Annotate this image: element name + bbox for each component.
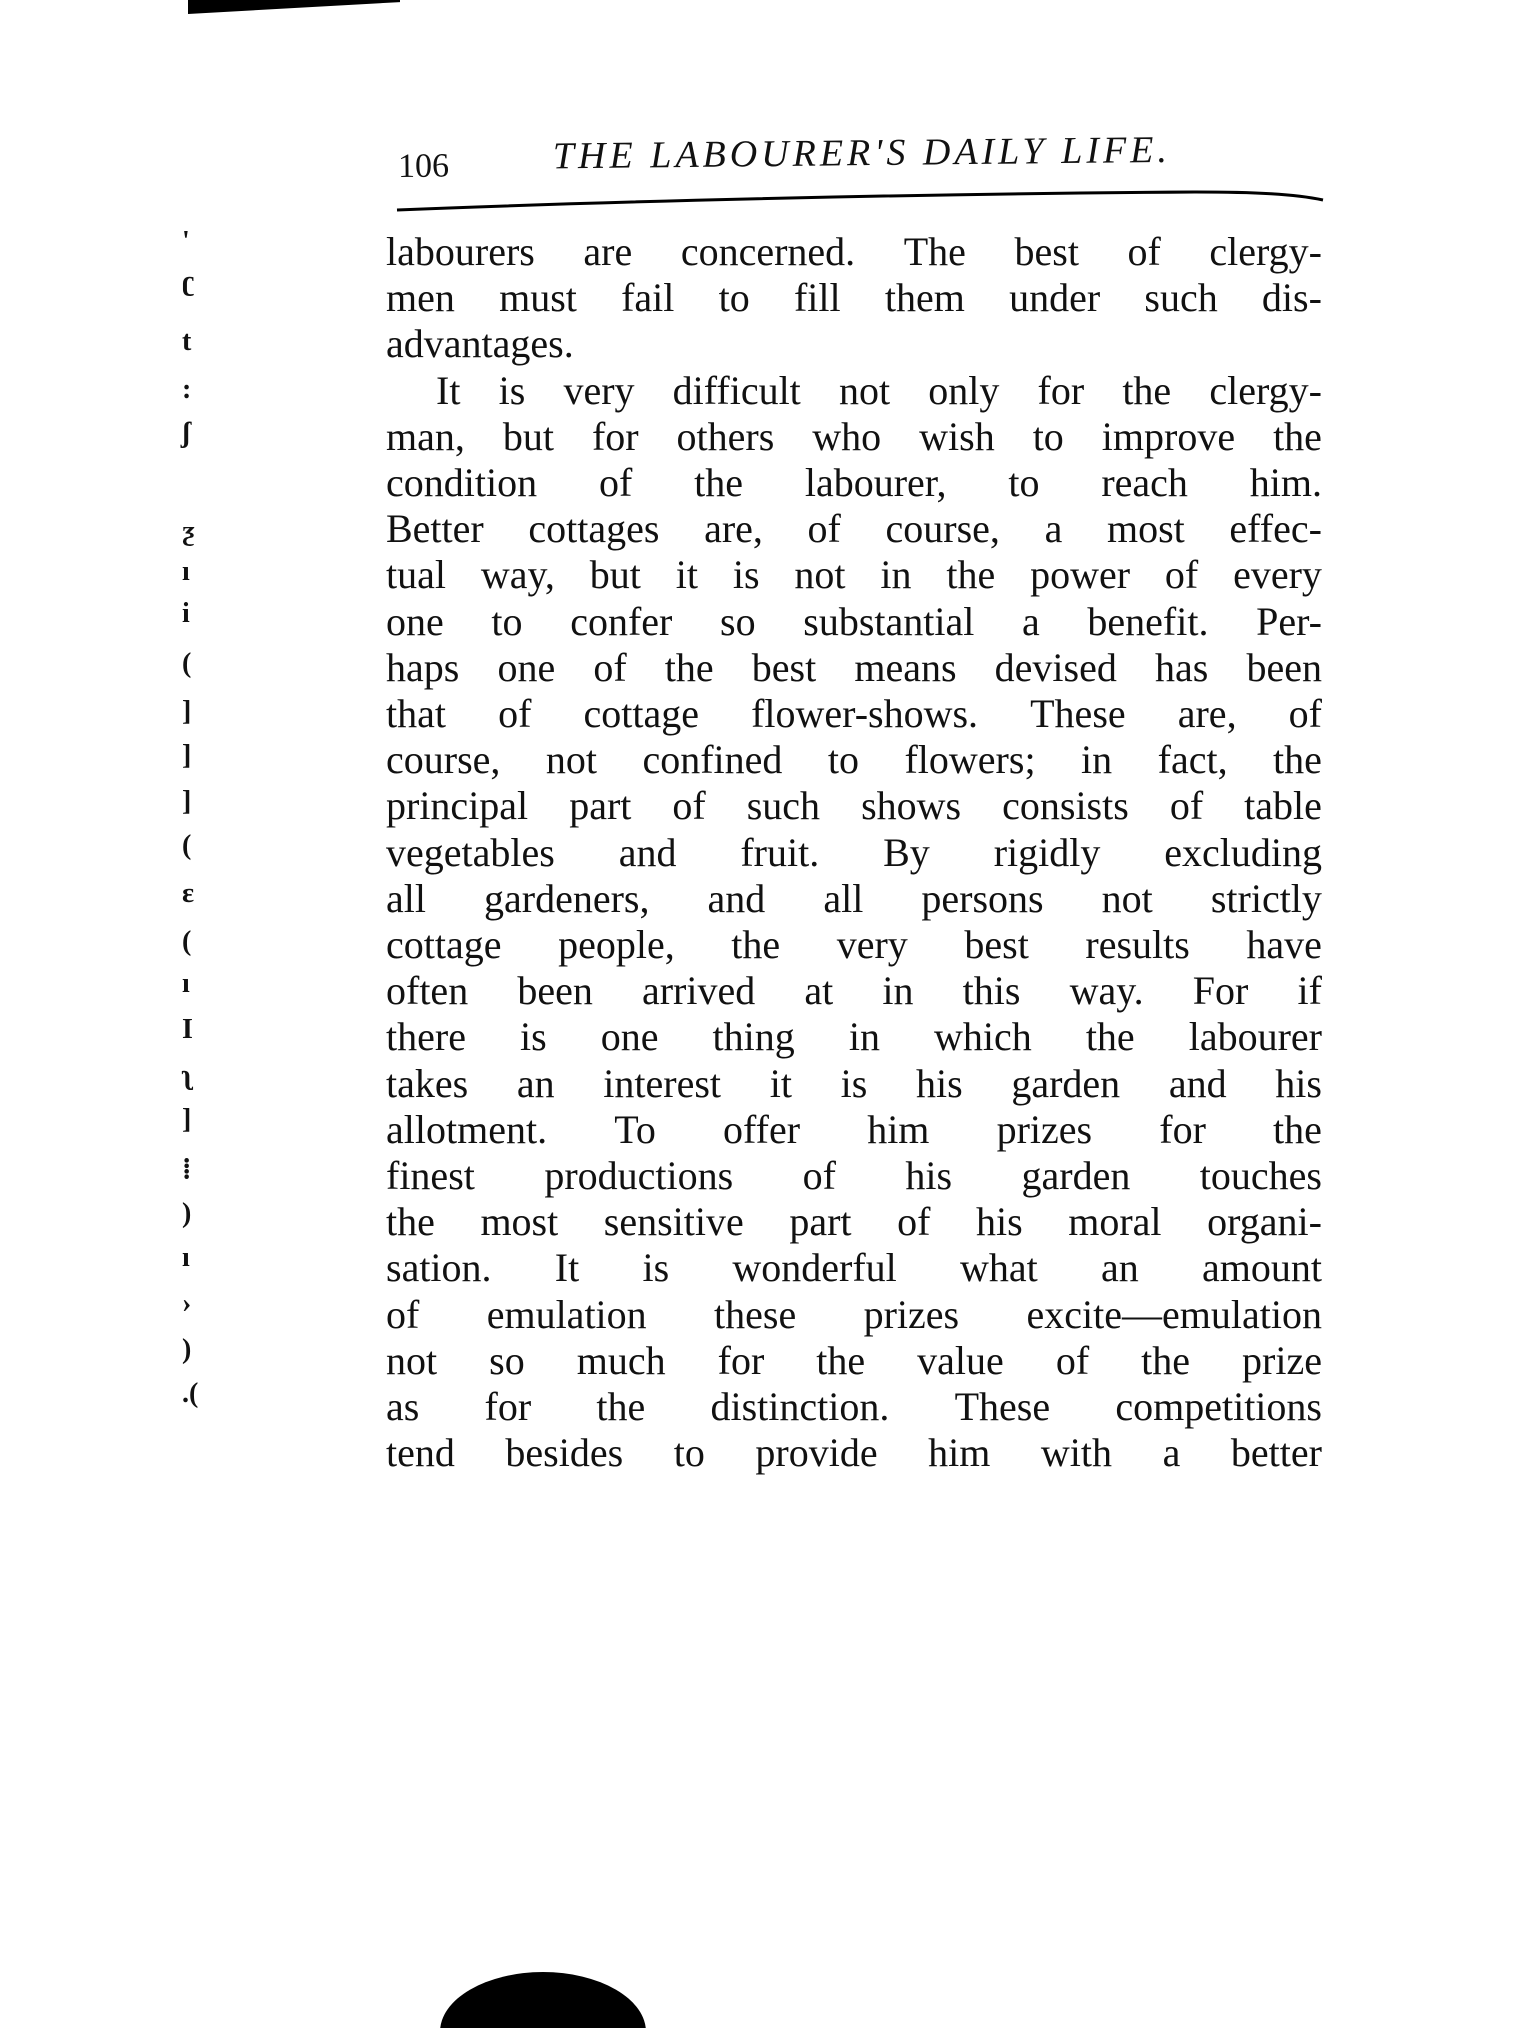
text-line: cottagepeople,theverybestresultshave [386, 921, 1322, 969]
scan-artifact-blob [440, 1972, 646, 2028]
text-line: themostsensitivepartofhismoralorgani- [386, 1198, 1322, 1246]
text-line: allotment.Toofferhimprizesforthe [386, 1106, 1322, 1154]
scan-edge-shadow [188, 0, 400, 14]
text-line: vegetablesandfruit.Byrigidlyexcluding [386, 829, 1322, 877]
margin-fragment: ƺ [182, 518, 195, 546]
margin-fragment: ( [182, 832, 191, 860]
text-line: notsomuchforthevalueoftheprize [386, 1337, 1322, 1385]
margin-fragment: ʗ [182, 268, 196, 296]
margin-fragment: ( [182, 928, 191, 956]
margin-fragment: ] [182, 742, 191, 770]
text-line: ofemulationtheseprizesexcite—emulation [386, 1291, 1322, 1339]
page-number: 106 [398, 147, 449, 186]
text-line: tualway,butitisnotinthepowerofevery [386, 551, 1322, 599]
text-line: asforthedistinction.Thesecompetitions [386, 1383, 1322, 1431]
margin-fragment: I [182, 1016, 193, 1044]
text-line: labourersareconcerned.Thebestofclergy- [386, 228, 1322, 276]
text-line: man,butforotherswhowishtoimprovethe [386, 413, 1322, 461]
text-line: thereisonethinginwhichthelabourer [386, 1013, 1322, 1061]
text-line: principalpartofsuchshowsconsistsoftable [386, 782, 1322, 830]
margin-fragment: ı [182, 1244, 190, 1272]
text-line: tendbesidestoprovidehimwithabetter [386, 1429, 1322, 1477]
text-line: thatofcottageflower-shows.Theseare,of [386, 690, 1322, 738]
text-line: advantages. [386, 320, 1322, 368]
margin-fragment: ' [182, 228, 190, 256]
running-title: THE LABOURER'S DAILY LIFE. [553, 128, 1171, 178]
margin-fragment: ı [182, 558, 190, 586]
margin-fragment: : [182, 376, 191, 404]
margin-fragment: ʃ [182, 420, 190, 448]
text-line: takesaninterestitishisgardenandhis [386, 1060, 1322, 1108]
margin-fragment: ) [182, 1200, 191, 1228]
margin-fragment: i [182, 600, 190, 628]
text-line: sation.Itiswonderfulwhatanamount [386, 1244, 1322, 1292]
text-line: Bettercottagesare,ofcourse,amosteffec- [386, 505, 1322, 553]
text-line: oftenbeenarrivedatinthisway.Forif [386, 967, 1322, 1015]
text-line: finestproductionsofhisgardentouches [386, 1152, 1322, 1200]
text-line: conditionofthelabourer,toreachhim. [386, 459, 1322, 507]
text-line: course,notconfinedtoflowers;infact,the [386, 736, 1322, 784]
text-line: onetoconfersosubstantialabenefit.Per- [386, 598, 1322, 646]
margin-fragment: ⁞ [182, 1156, 191, 1184]
margin-fragment: .( [182, 1380, 198, 1408]
text-line: Itisverydifficultnotonlyfortheclergy- [386, 367, 1322, 415]
header-rule [395, 186, 1325, 216]
margin-fragment: ( [182, 650, 191, 678]
margin-fragment: ı [182, 970, 190, 998]
text-line: hapsoneofthebestmeansdevisedhasbeen [386, 644, 1322, 692]
margin-fragment: ʅ [182, 1062, 192, 1090]
margin-fragment: ] [182, 1106, 191, 1134]
margin-fragment: ] [182, 788, 191, 816]
margin-fragment: ɛ [182, 880, 194, 908]
margin-fragment: ) [182, 1336, 191, 1364]
margin-fragment: t [182, 328, 191, 356]
text-line: allgardeners,andallpersonsnotstrictly [386, 875, 1322, 923]
text-line: menmustfailtofillthemundersuchdis- [386, 274, 1322, 322]
margin-fragment: › [182, 1290, 191, 1318]
margin-fragment: ] [182, 698, 191, 726]
